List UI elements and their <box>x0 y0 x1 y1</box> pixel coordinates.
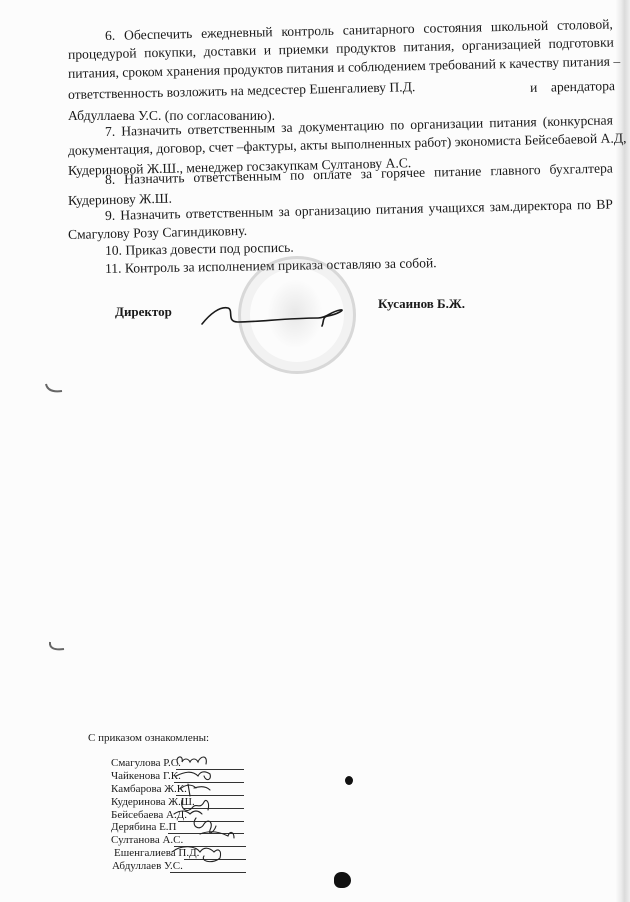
text: 9. Назначить ответственным за организаци… <box>105 196 613 224</box>
signer-name: Дерябина Е.П <box>111 821 177 833</box>
text: Смагулову Розу Сагиндиковну. <box>68 223 247 242</box>
item-9-line-1: 9. Назначить ответственным за организаци… <box>105 196 613 224</box>
ink-spot-small <box>345 776 353 785</box>
ink-spot-large <box>334 872 351 888</box>
scanned-page: 6. Обеспечить ежедневный контроль санита… <box>0 0 630 902</box>
text: Кудеринову Ж.Ш. <box>68 191 172 208</box>
signer-row: Дерябина Е.П <box>111 822 177 833</box>
text: ответственность возложить на медсестер Е… <box>68 80 388 103</box>
text: Кусаинов Б.Ж. <box>378 296 465 311</box>
text: и арендатора <box>530 78 615 96</box>
acknowledgement-heading: С приказом ознакомлены: <box>88 733 209 744</box>
director-title: Директор <box>115 304 172 320</box>
punch-mark-top <box>44 382 66 396</box>
text: 10. Приказ довести под роспись. <box>105 240 294 258</box>
acknowledgement-signatures <box>170 752 250 877</box>
item-6-line-4-tail: и арендатора <box>530 78 615 96</box>
text: Директор <box>115 304 172 319</box>
director-name: Кусаинов Б.Ж. <box>378 296 465 312</box>
director-signature <box>198 292 348 332</box>
item-10: 10. Приказ довести под роспись. <box>105 240 294 259</box>
punch-mark-bottom <box>46 640 68 654</box>
text: С приказом ознакомлены: <box>88 732 209 744</box>
item-6-line-4: ответственность возложить на медсестер Е… <box>68 80 388 103</box>
